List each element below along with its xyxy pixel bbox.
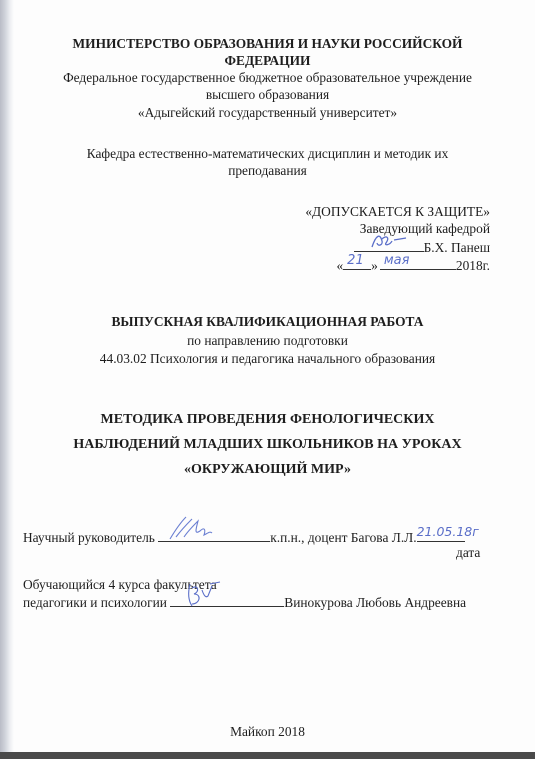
date-month-line: мая — [380, 257, 456, 270]
date-day-line: 21 — [343, 257, 371, 270]
scan-bottom-edge — [0, 752, 535, 759]
direction-code: 44.03.02 Психология и педагогика начальн… — [0, 351, 535, 367]
student-signature-line — [170, 594, 284, 607]
document-page: МИНИСТЕРСТВО ОБРАЗОВАНИЯ И НАУКИ РОССИЙС… — [0, 0, 535, 752]
supervisor-date-line: 21.05.18г — [417, 529, 465, 542]
date-open-quote: « — [336, 258, 343, 273]
institution-line-1: Федеральное государственное бюджетное об… — [0, 70, 535, 86]
department-line-2: преподавания — [0, 163, 535, 179]
thesis-title-line-2: НАБЛЮДЕНИЙ МЛАДШИХ ШКОЛЬНИКОВ НА УРОКАХ — [0, 437, 535, 453]
student-name: Винокурова Любовь Андреевна — [284, 595, 466, 610]
approval-title: «ДОПУСКАЕТСЯ К ЗАЩИТЕ» — [305, 204, 490, 220]
student-row: педагогики и психологии Винокурова Любов… — [23, 594, 466, 611]
date-day: 21 — [347, 253, 364, 269]
date-close-quote: » — [371, 258, 378, 273]
supervisor-label: Научный руководитель — [23, 530, 155, 545]
head-signature-line — [354, 239, 424, 252]
supervisor-signature-line — [158, 529, 270, 542]
supervisor-details: к.п.н., доцент Багова Л.Л. — [270, 530, 416, 545]
approval-head-row: Б.Х. Панеш — [354, 239, 490, 256]
student-signature — [184, 580, 224, 608]
ministry-line-2: ФЕДЕРАЦИИ — [0, 53, 535, 69]
supervisor-signature — [166, 515, 216, 541]
direction-label: по направлению подготовки — [0, 333, 535, 349]
date-year: 2018г. — [456, 258, 490, 273]
date-caption: дата — [456, 545, 480, 561]
city-year: Майкоп 2018 — [0, 724, 535, 740]
supervisor-handwritten-date: 21.05.18г — [417, 524, 479, 540]
institution-line-2: высшего образования — [0, 87, 535, 103]
approval-date-row: «21»мая2018г. — [336, 257, 490, 274]
work-type: ВЫПУСКНАЯ КВАЛИФИКАЦИОННАЯ РАБОТА — [0, 314, 535, 330]
department-line-1: Кафедра естественно-математических дисци… — [0, 146, 535, 162]
ministry-line-1: МИНИСТЕРСТВО ОБРАЗОВАНИЯ И НАУКИ РОССИЙС… — [0, 36, 535, 52]
supervisor-row: Научный руководитель к.п.н., доцент Баго… — [23, 529, 465, 546]
thesis-title-line-3: «ОКРУЖАЮЩИЙ МИР» — [0, 462, 535, 478]
head-signature — [368, 231, 410, 251]
thesis-title-line-1: МЕТОДИКА ПРОВЕДЕНИЯ ФЕНОЛОГИЧЕСКИХ — [0, 412, 535, 428]
student-label-line-2: педагогики и психологии — [23, 595, 167, 610]
head-name: Б.Х. Панеш — [424, 240, 490, 255]
university-name: «Адыгейский государственный университет» — [0, 105, 535, 121]
date-month: мая — [384, 253, 410, 269]
